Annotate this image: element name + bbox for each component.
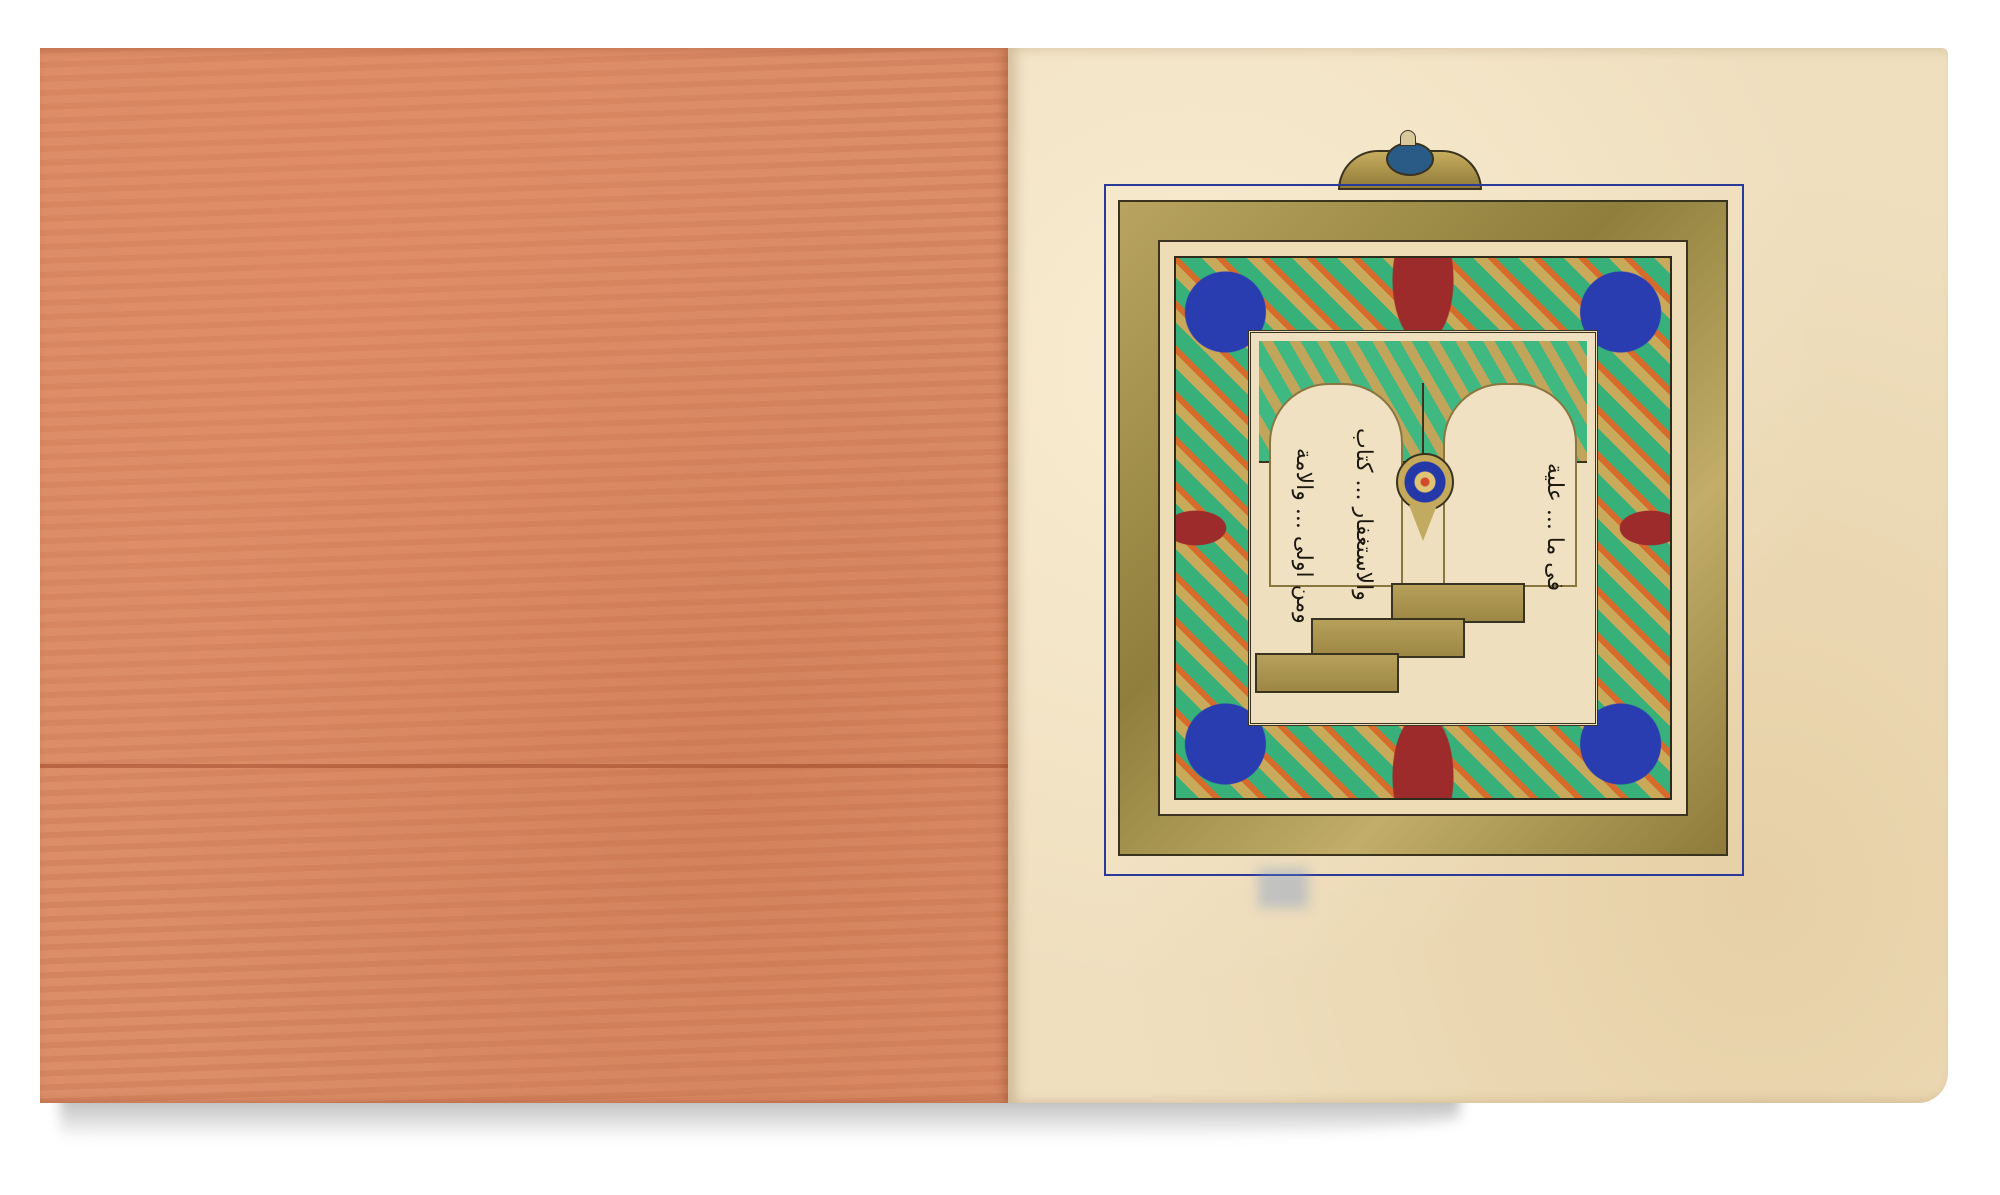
medallion-ornament <box>1396 453 1454 511</box>
arch-left <box>1269 383 1403 587</box>
inner-cream-border: فى ما ... علية والاستغفار ... كتاب ومن ا… <box>1158 240 1688 816</box>
right-illuminated-page: فى ما ... علية والاستغفار ... كتاب ومن ا… <box>1008 48 1948 1103</box>
gold-frame: فى ما ... علية والاستغفار ... كتاب ومن ا… <box>1118 200 1728 856</box>
pendant-stem <box>1422 383 1424 455</box>
illuminated-border-band: فى ما ... علية والاستغفار ... كتاب ومن ا… <box>1174 256 1672 800</box>
gold-step-1 <box>1391 583 1525 623</box>
page-fold-line <box>40 764 1010 768</box>
gold-step-2 <box>1311 618 1465 658</box>
gold-step-3 <box>1255 653 1399 693</box>
pendant-drop <box>1409 505 1437 541</box>
central-panel: فى ما ... علية والاستغفار ... كتاب ومن ا… <box>1248 330 1598 726</box>
left-endpaper <box>40 48 1010 1103</box>
ink-smudge <box>1258 868 1308 908</box>
calligraphy-line-1: فى ما ... علية <box>1542 463 1567 663</box>
crest-ornament <box>1338 130 1478 190</box>
open-book: فى ما ... علية والاستغفار ... كتاب ومن ا… <box>40 48 1950 1108</box>
